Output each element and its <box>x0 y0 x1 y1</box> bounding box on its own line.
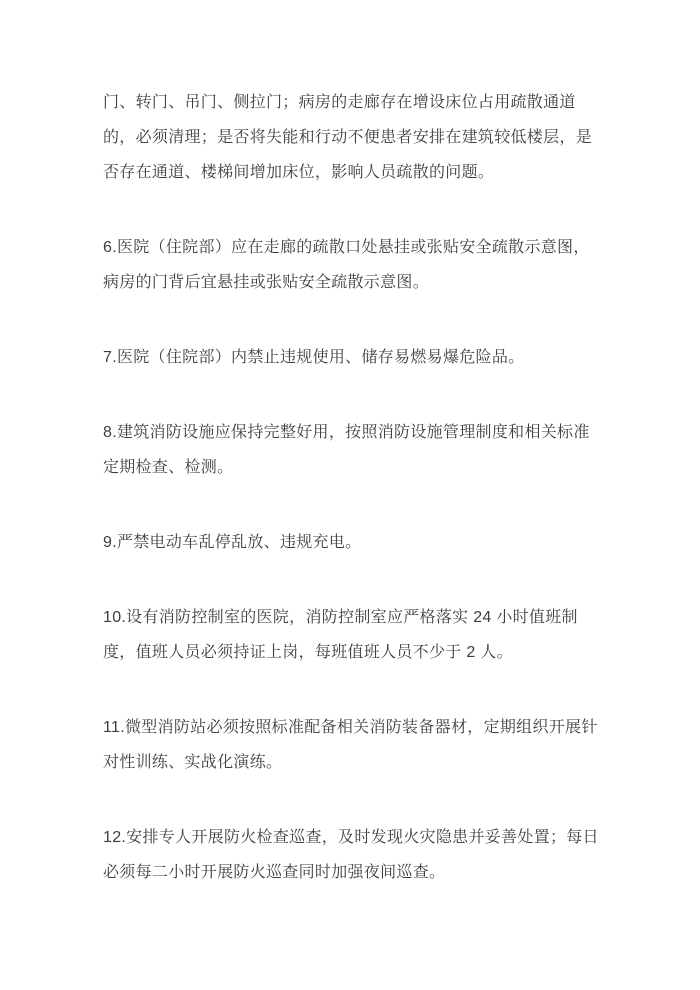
paragraph-item-10: 10.设有消防控制室的医院，消防控制室应严格落实 24 小时值班制 度，值班人员… <box>103 600 605 670</box>
paragraph-item-12: 12.安排专人开展防火检查巡查，及时发现火灾隐患并妥善处置；每日 必须每二小时开… <box>103 820 605 890</box>
paragraph-item-9: 9.严禁电动车乱停乱放、违规充电。 <box>103 525 605 560</box>
paragraph-item-11: 11.微型消防站必须按照标准配备相关消防装备器材，定期组织开展针 对性训练、实战… <box>103 710 605 780</box>
paragraph-item-8: 8.建筑消防设施应保持完整好用，按照消防设施管理制度和相关标准 定期检查、检测。 <box>103 415 605 485</box>
paragraph-item-6: 6.医院（住院部）应在走廊的疏散口处悬挂或张贴安全疏散示意图， 病房的门背后宜悬… <box>103 230 605 300</box>
paragraph-continuation: 门、转门、吊门、侧拉门；病房的走廊存在增设床位占用疏散通道 的，必须清理；是否将… <box>103 85 605 190</box>
document-page: 门、转门、吊门、侧拉门；病房的走廊存在增设床位占用疏散通道 的，必须清理；是否将… <box>0 0 700 990</box>
paragraph-item-7: 7.医院（住院部）内禁止违规使用、储存易燃易爆危险品。 <box>103 340 605 375</box>
